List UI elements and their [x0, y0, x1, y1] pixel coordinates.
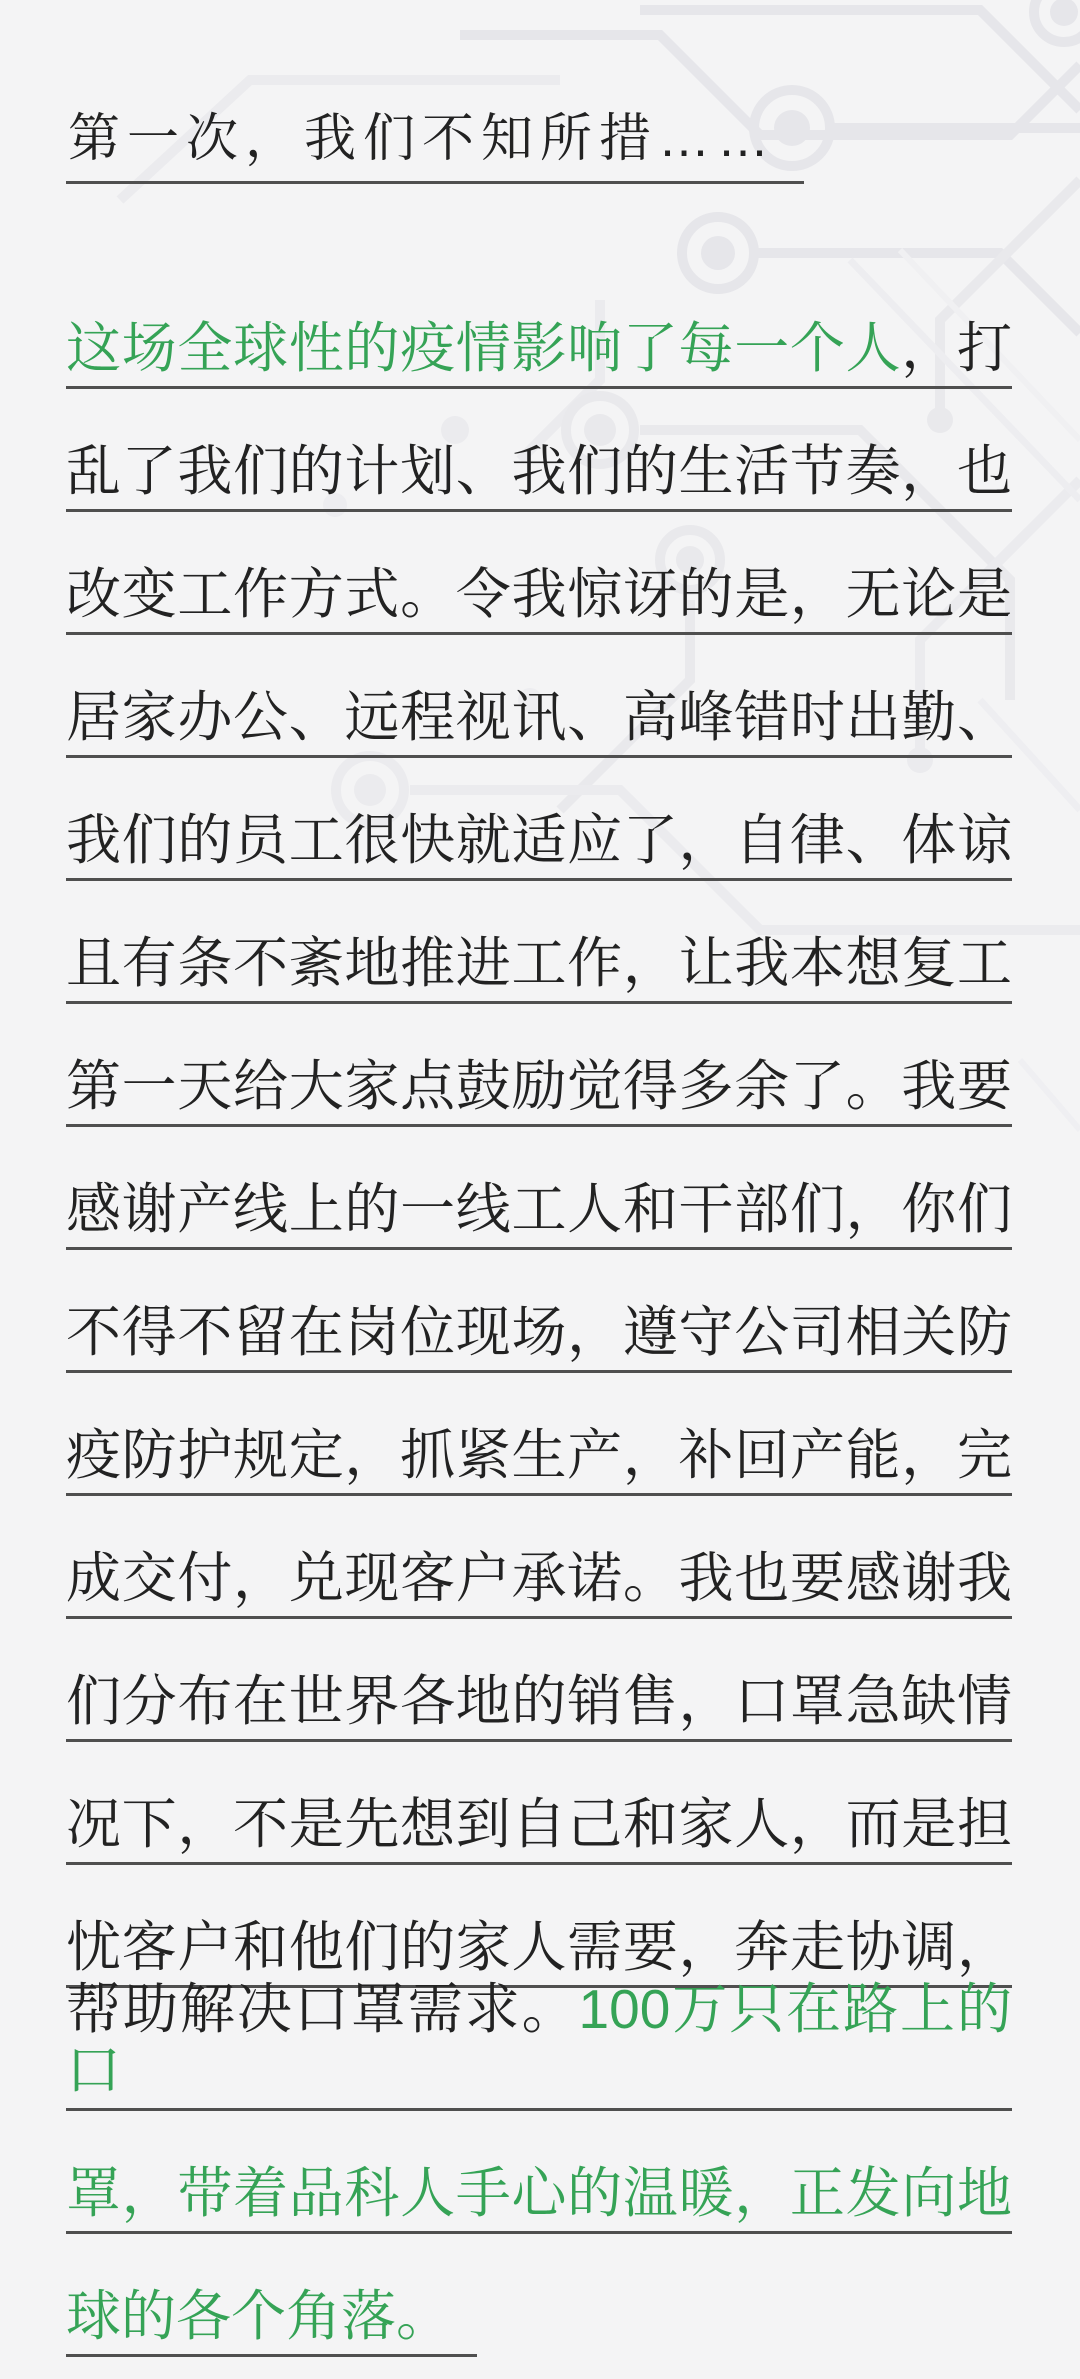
- text-line: 罩，带着品科人手心的温暖，正发向地: [66, 2111, 1012, 2234]
- text-line: 忧客户和他们的家人需要，奔走协调，: [66, 1865, 1012, 1988]
- text-segment: 这场全球性的疫情影响了每一个人: [66, 317, 901, 379]
- text-segment: 成交付，兑现客户承诺。我也要感谢我: [66, 1547, 1012, 1609]
- text-segment: 罩，带着品科人手心的温暖，正发向地: [66, 2162, 1012, 2224]
- text-segment: 感谢产线上的一线工人和干部们，你们: [66, 1178, 1012, 1240]
- text-line: 改变工作方式。令我惊讶的是，无论是: [66, 512, 1012, 635]
- text-segment: 改变工作方式。令我惊讶的是，无论是: [66, 563, 1012, 625]
- text-line: 帮助解决口罩需求。100万只在路上的口: [66, 1988, 1012, 2111]
- text-segment: 忧客户和他们的家人需要，奔走协调，: [66, 1916, 1012, 1978]
- text-segment: 况下，不是先想到自己和家人，而是担: [66, 1793, 1012, 1855]
- text-line-inner: 不得不留在岗位现场，遵守公司相关防: [66, 1302, 1012, 1374]
- text-line-inner: 感谢产线上的一线工人和干部们，你们: [66, 1179, 1012, 1251]
- paragraph: 这场全球性的疫情影响了每一个人，打乱了我们的计划、我们的生活节奏，也改变工作方式…: [66, 266, 1012, 2357]
- text-segment: 且有条不紊地推进工作，让我本想复工: [66, 932, 1012, 994]
- text-line-inner: 们分布在世界各地的销售，口罩急缺情: [66, 1671, 1012, 1743]
- text-line-inner: 球的各个角落。: [66, 2286, 477, 2358]
- text-segment: 疫防护规定，抓紧生产，补回产能，完: [66, 1424, 1012, 1486]
- text-segment: 我们的员工很快就适应了，自律、体谅: [66, 809, 1012, 871]
- text-line-inner: 居家办公、远程视讯、高峰错时出勤、: [66, 687, 1012, 759]
- text-line: 们分布在世界各地的销售，口罩急缺情: [66, 1619, 1012, 1742]
- text-line-inner: 改变工作方式。令我惊讶的是，无论是: [66, 564, 1012, 636]
- text-line-inner: 况下，不是先想到自己和家人，而是担: [66, 1794, 1012, 1866]
- text-segment: 第一天给大家点鼓励觉得多余了。我要: [66, 1055, 1012, 1117]
- text-line: 况下，不是先想到自己和家人，而是担: [66, 1742, 1012, 1865]
- text-line: 这场全球性的疫情影响了每一个人，打: [66, 266, 1012, 389]
- text-line: 感谢产线上的一线工人和干部们，你们: [66, 1127, 1012, 1250]
- text-line: 我们的员工很快就适应了，自律、体谅: [66, 758, 1012, 881]
- text-line-inner: 帮助解决口罩需求。100万只在路上的口: [66, 1979, 1012, 2111]
- text-line-inner: 疫防护规定，抓紧生产，补回产能，完: [66, 1425, 1012, 1497]
- text-segment: 居家办公、远程视讯、高峰错时出勤、: [66, 686, 1012, 748]
- letter-page: 第一次，我们不知所措…… 这场全球性的疫情影响了每一个人，打乱了我们的计划、我们…: [0, 0, 1080, 2379]
- text-line: 成交付，兑现客户承诺。我也要感谢我: [66, 1496, 1012, 1619]
- text-line: 且有条不紊地推进工作，让我本想复工: [66, 881, 1012, 1004]
- page-title: 第一次，我们不知所措……: [66, 96, 804, 184]
- text-segment: 帮助解决口罩需求。: [66, 1978, 579, 2040]
- text-line-inner: 这场全球性的疫情影响了每一个人，打: [66, 318, 1012, 390]
- text-line: 乱了我们的计划、我们的生活节奏，也: [66, 389, 1012, 512]
- text-line-inner: 成交付，兑现客户承诺。我也要感谢我: [66, 1548, 1012, 1620]
- text-line: 疫防护规定，抓紧生产，补回产能，完: [66, 1373, 1012, 1496]
- text-line-inner: 且有条不紊地推进工作，让我本想复工: [66, 933, 1012, 1005]
- text-line: 居家办公、远程视讯、高峰错时出勤、: [66, 635, 1012, 758]
- text-line-inner: 乱了我们的计划、我们的生活节奏，也: [66, 441, 1012, 513]
- text-line: 球的各个角落。: [66, 2234, 1012, 2357]
- text-segment: 乱了我们的计划、我们的生活节奏，也: [66, 440, 1012, 502]
- text-segment: 们分布在世界各地的销售，口罩急缺情: [66, 1670, 1012, 1732]
- text-line: 第一天给大家点鼓励觉得多余了。我要: [66, 1004, 1012, 1127]
- text-segment: 球的各个角落。: [66, 2285, 451, 2347]
- text-segment: 不得不留在岗位现场，遵守公司相关防: [66, 1301, 1012, 1363]
- text-line: 不得不留在岗位现场，遵守公司相关防: [66, 1250, 1012, 1373]
- text-line-inner: 罩，带着品科人手心的温暖，正发向地: [66, 2163, 1012, 2235]
- text-line-inner: 第一天给大家点鼓励觉得多余了。我要: [66, 1056, 1012, 1128]
- title-text: 第一次，我们不知所措……: [66, 96, 804, 184]
- text-line-inner: 我们的员工很快就适应了，自律、体谅: [66, 810, 1012, 882]
- text-segment: ，打: [901, 317, 1012, 379]
